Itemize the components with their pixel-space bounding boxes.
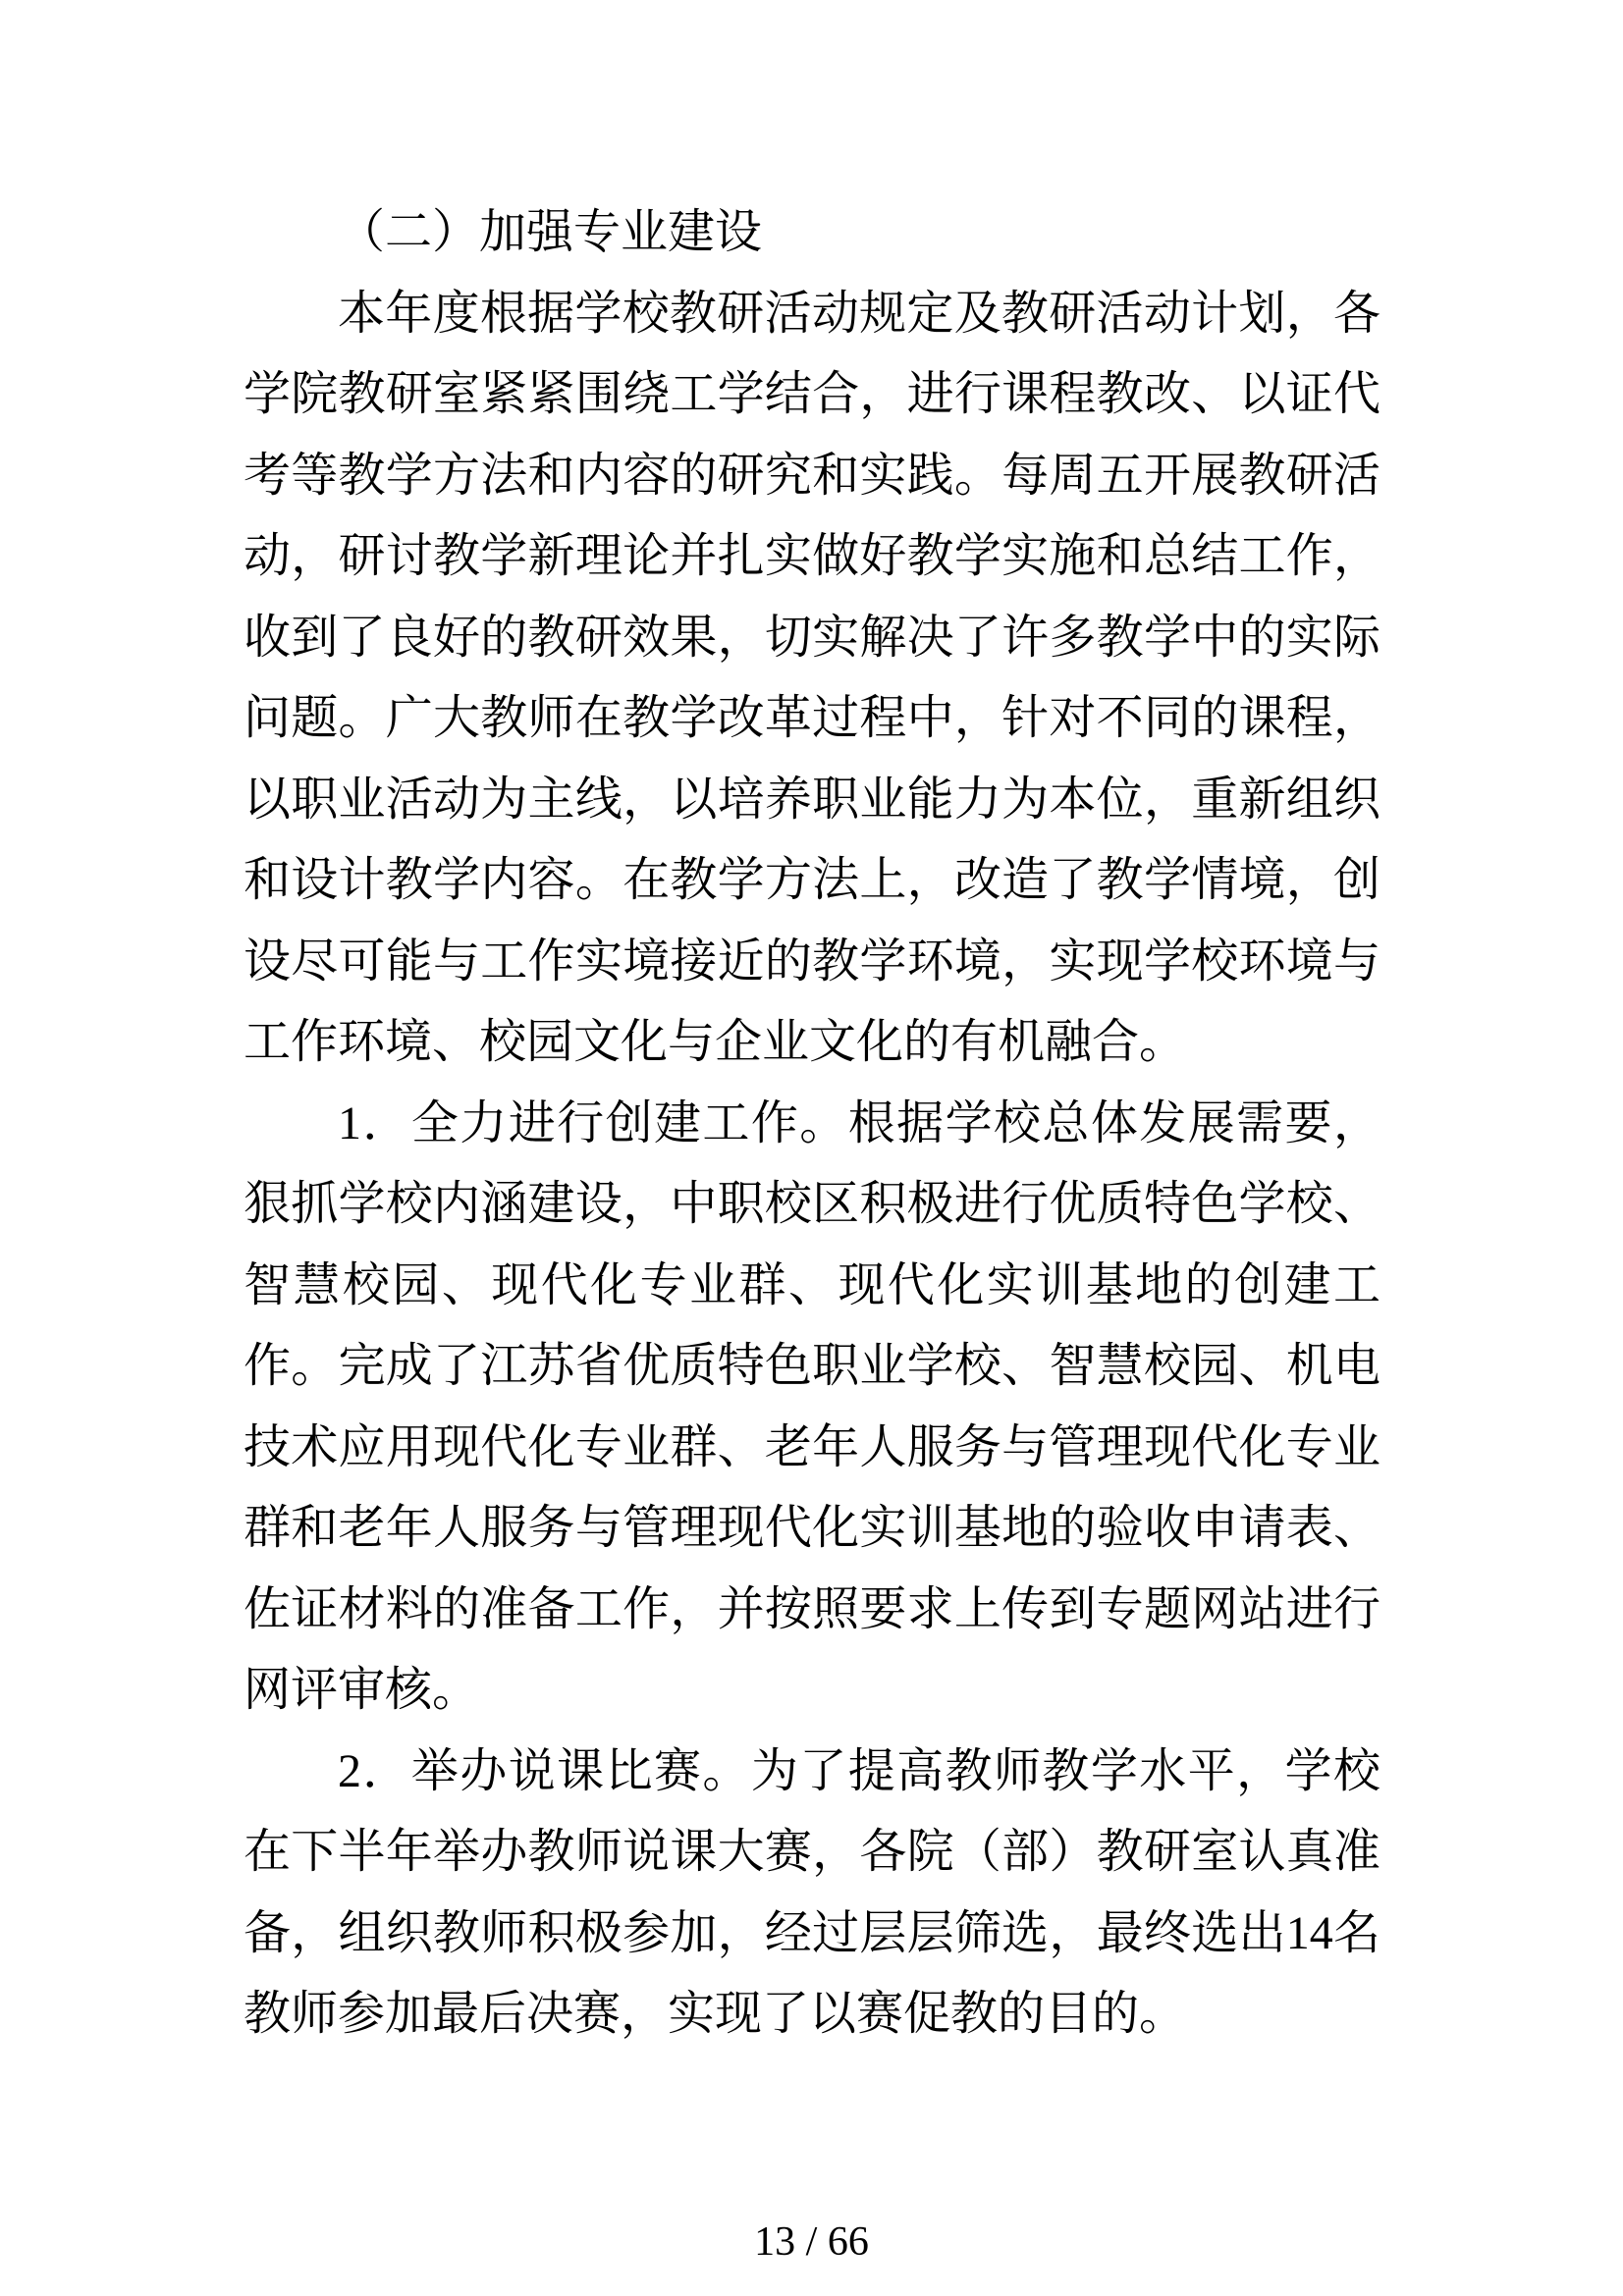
text-line: 学院教研室紧紧围绕工学结合，进行课程教改、以证代 xyxy=(243,354,1380,436)
text-line: 网评审核。 xyxy=(243,1650,1380,1732)
text-line: 技术应用现代化专业群、老年人服务与管理现代化专业 xyxy=(243,1408,1380,1489)
text-line: 2．举办说课比赛。为了提高教师教学水平，学校 xyxy=(243,1732,1380,1813)
text-line: 动，研讨教学新理论并扎实做好教学实施和总结工作， xyxy=(243,516,1380,598)
text-line: 备，组织教师积极参加，经过层层筛选，最终选出14名 xyxy=(243,1894,1380,1975)
text-line: 佐证材料的准备工作，并按照要求上传到专题网站进行 xyxy=(243,1570,1380,1651)
section-heading: （二）加强专业建设 xyxy=(243,192,1380,274)
text-line: 1．全力进行创建工作。根据学校总体发展需要， xyxy=(243,1084,1380,1165)
text-line: 考等教学方法和内容的研究和实践。每周五开展教研活 xyxy=(243,436,1380,517)
text-line: 工作环境、校园文化与企业文化的有机融合。 xyxy=(243,1002,1380,1084)
text-line: 以职业活动为主线，以培养职业能力为本位，重新组织 xyxy=(243,760,1380,841)
text-line: 狠抓学校内涵建设，中职校区积极进行优质特色学校、 xyxy=(243,1164,1380,1246)
text-line: 设尽可能与工作实境接近的教学环境，实现学校环境与 xyxy=(243,922,1380,1003)
document-page: （二）加强专业建设本年度根据学校教研活动规定及教研活动计划，各学院教研室紧紧围绕… xyxy=(0,0,1623,2296)
text-line: 收到了良好的教研效果，切实解决了许多教学中的实际 xyxy=(243,598,1380,679)
text-line: 问题。广大教师在教学改革过程中，针对不同的课程， xyxy=(243,678,1380,760)
text-line: 本年度根据学校教研活动规定及教研活动计划，各 xyxy=(243,274,1380,355)
document-body: （二）加强专业建设本年度根据学校教研活动规定及教研活动计划，各学院教研室紧紧围绕… xyxy=(243,192,1380,2056)
text-line: 教师参加最后决赛，实现了以赛促教的目的。 xyxy=(243,1974,1380,2056)
text-line: 群和老年人服务与管理现代化实训基地的验收申请表、 xyxy=(243,1488,1380,1570)
text-line: 智慧校园、现代化专业群、现代化实训基地的创建工 xyxy=(243,1246,1380,1327)
page-number: 13 / 66 xyxy=(0,2216,1623,2268)
text-line: 作。完成了江苏省优质特色职业学校、智慧校园、机电 xyxy=(243,1326,1380,1408)
text-line: 和设计教学内容。在教学方法上，改造了教学情境，创 xyxy=(243,840,1380,922)
text-line: 在下半年举办教师说课大赛，各院（部）教研室认真准 xyxy=(243,1812,1380,1894)
